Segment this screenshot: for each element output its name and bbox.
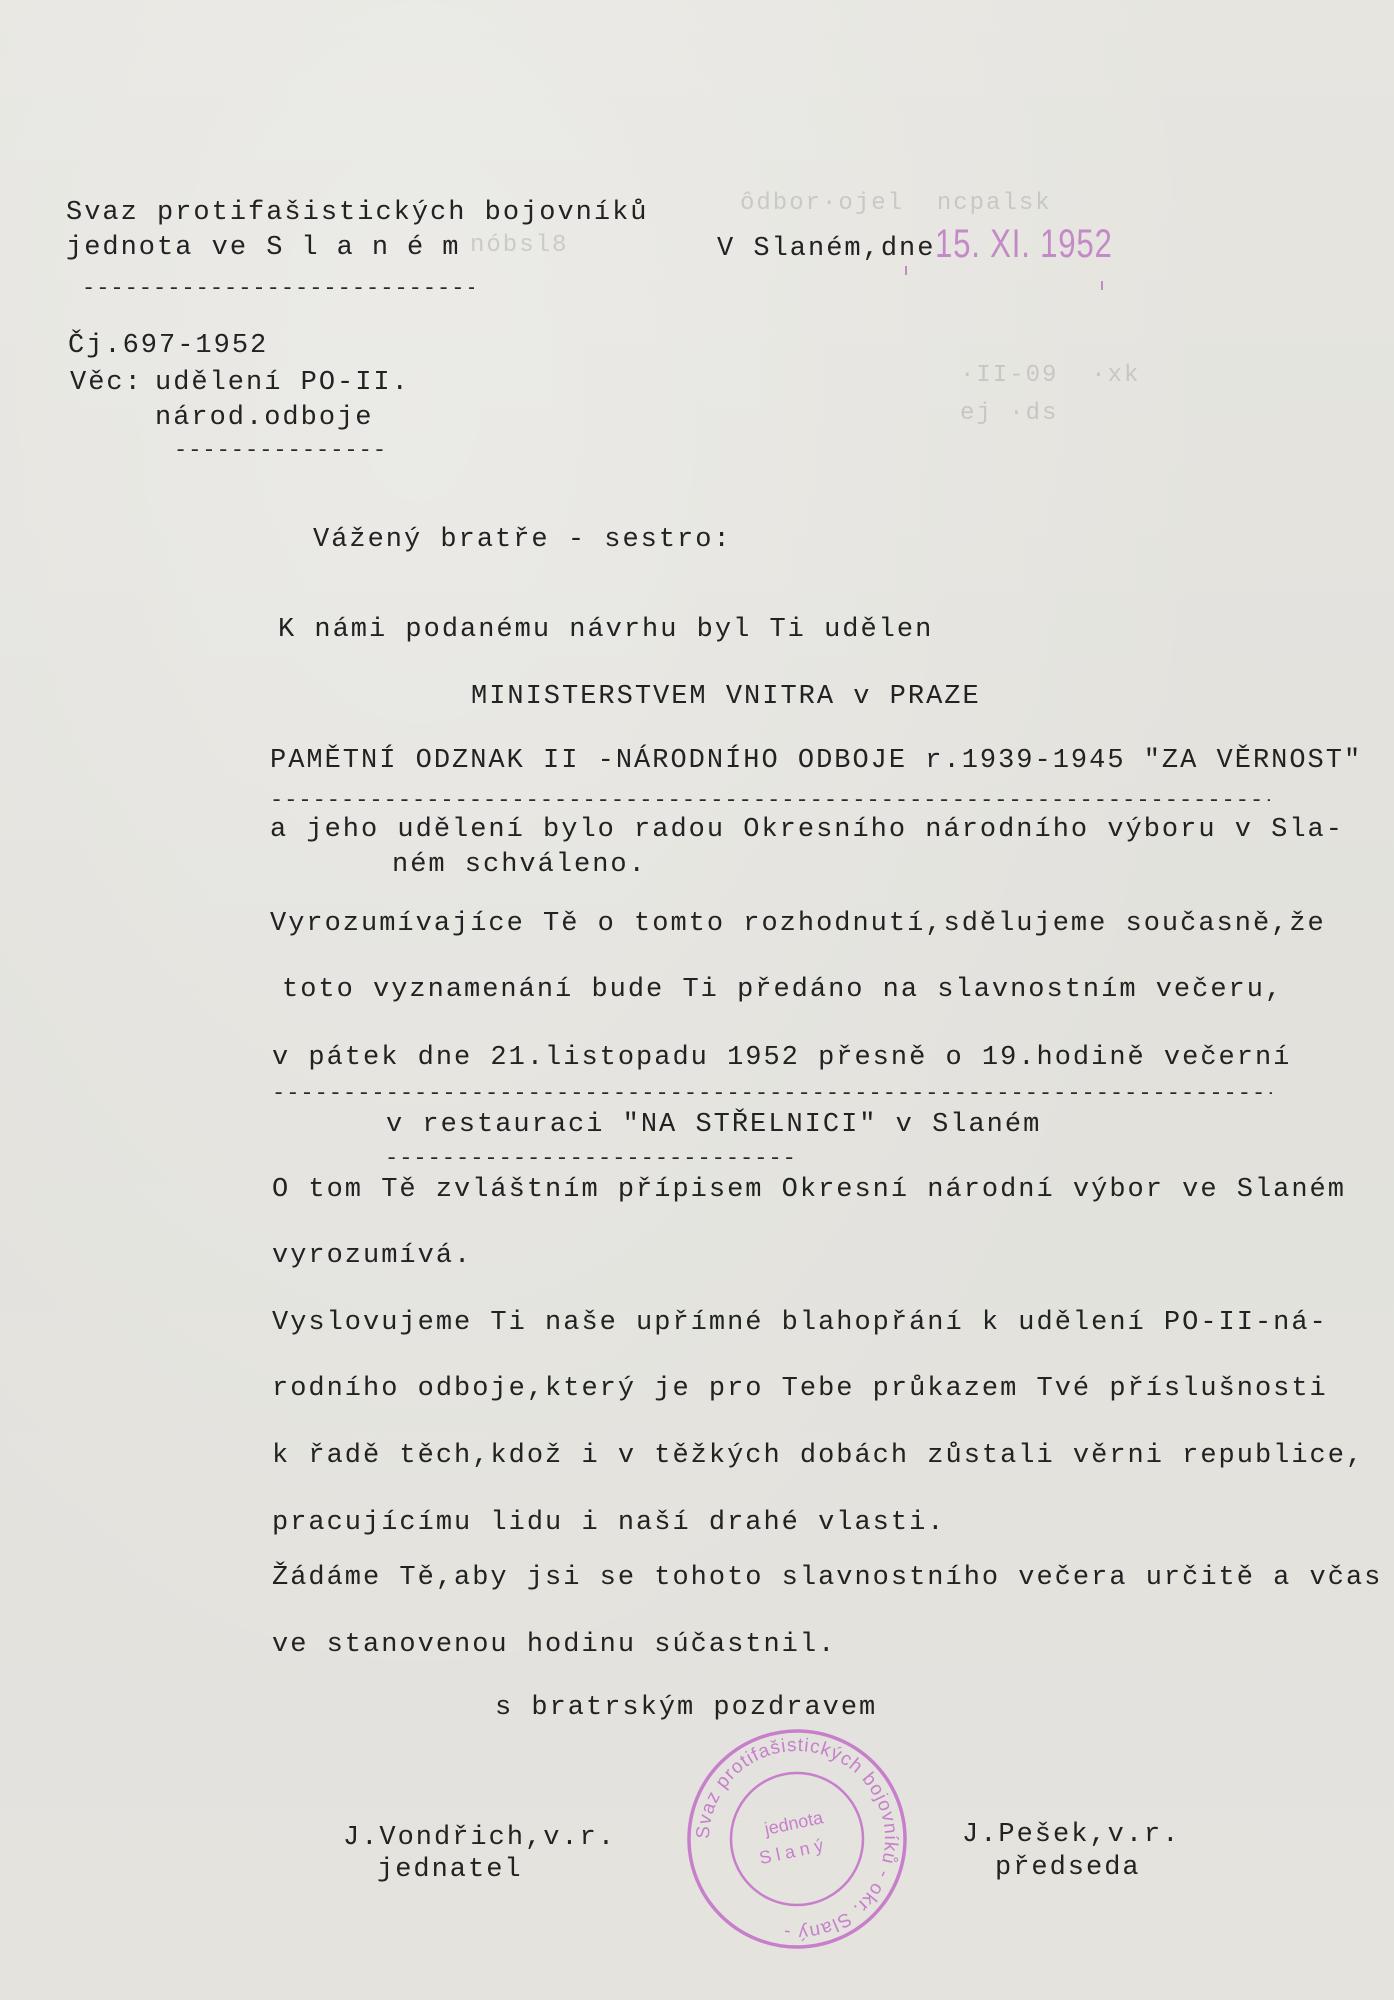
congratulations-line-2: rodního odboje,který je pro Tebe průkaze… xyxy=(272,1376,1328,1403)
event-place-underline: ---------------------------------------- xyxy=(385,1148,800,1170)
branch-town: Slaném xyxy=(266,233,477,263)
congratulations-line-1: Vyslovujeme Ti naše upřímné blahopřání k… xyxy=(272,1310,1328,1337)
award-title: PAMĚTNÍ ODZNAK II -NÁRODNÍHO ODBOJE r.19… xyxy=(270,748,1362,775)
subject-underline: -------------------- xyxy=(174,440,390,462)
organization-name: Svaz protifašistických bojovníků xyxy=(66,200,648,227)
congratulations-line-4: pracujícímu lidu i naší drahé vlasti. xyxy=(272,1510,946,1537)
subject-label: Věc: xyxy=(70,370,143,397)
separate-notice-line-2: vyrozumívá. xyxy=(272,1243,472,1270)
subject-line-1: udělení PO-II. xyxy=(155,370,410,397)
notice-line-1: Vyrozumívajíce Tě o tomto rozhodnutí,sdě… xyxy=(270,911,1326,938)
award-title-underline: ----------------------------------------… xyxy=(270,790,1270,812)
branch-prefix: jednota ve xyxy=(66,233,266,263)
seal-inner-line-1: jednota xyxy=(762,1807,826,1839)
show-through-text: nóbsl8 xyxy=(470,232,568,259)
date-stamp-mark xyxy=(1101,281,1103,290)
request-line-2: ve stanovenou hodinu súčastnil. xyxy=(272,1632,836,1659)
signatory-1-title: jednatel xyxy=(377,1857,523,1884)
show-through-text: ·II-09 ·xk xyxy=(960,362,1140,389)
signatory-2-name: J.Pešek,v.r. xyxy=(962,1822,1180,1849)
date-stamp-mark xyxy=(905,266,907,275)
event-datetime: v pátek dne 21.listopadu 1952 přesně o 1… xyxy=(272,1045,1291,1072)
show-through-text: ôdbor·ojel ncpalsk xyxy=(740,190,1052,217)
awarding-ministry: MINISTERSTVEM VNITRA v PRAZE xyxy=(471,684,981,711)
subject-line-2: národ.odboje xyxy=(155,405,373,432)
separate-notice-line-1: O tom Tě zvláštním přípisem Okresní náro… xyxy=(272,1177,1346,1204)
show-through-text: ej ·ds xyxy=(960,400,1058,427)
date-stamp: 15. XI. 1952 xyxy=(935,222,1113,267)
signatory-1-name: J.Vondřich,v.r. xyxy=(343,1825,616,1852)
salutation: Vážený bratře - sestro: xyxy=(313,527,732,554)
event-place: v restauraci "NA STŘELNICI" v Slaném xyxy=(386,1112,1041,1139)
seal-inner-line-2: Slaný xyxy=(757,1834,830,1868)
event-datetime-underline: ----------------------------------------… xyxy=(272,1083,1272,1105)
organization-branch: jednota ve Slaném xyxy=(66,235,477,262)
award-intro: K námi podanému návrhu byl Ti udělen xyxy=(278,617,933,644)
signatory-2-title: předseda xyxy=(995,1855,1141,1882)
seal-outer-ring xyxy=(689,1731,905,1947)
closing-greeting: s bratrským pozdravem xyxy=(495,1695,877,1722)
request-line-1: Žádáme Tě,aby jsi se tohoto slavnostního… xyxy=(272,1565,1382,1592)
letterhead-underline: ------------------------------------ xyxy=(82,278,474,300)
reference-number: Čj.697-1952 xyxy=(68,333,268,360)
congratulations-line-3: k řadě těch,kdož i v těžkých dobách zůst… xyxy=(272,1443,1364,1470)
approval-line-2: ném schváleno. xyxy=(392,852,647,879)
seal-outer-text: Svaz protifašistických bojovníků - okr. … xyxy=(693,1735,901,1943)
seal-inner-ring xyxy=(731,1773,863,1905)
place-date-label: V Slaném,dne xyxy=(717,236,935,263)
organization-seal-stamp: Svaz protifašistických bojovníků - okr. … xyxy=(683,1725,911,1953)
approval-line-1: a jeho udělení bylo radou Okresního náro… xyxy=(270,817,1344,844)
notice-line-2: toto vyznamenání bude Ti předáno na slav… xyxy=(282,977,1283,1004)
